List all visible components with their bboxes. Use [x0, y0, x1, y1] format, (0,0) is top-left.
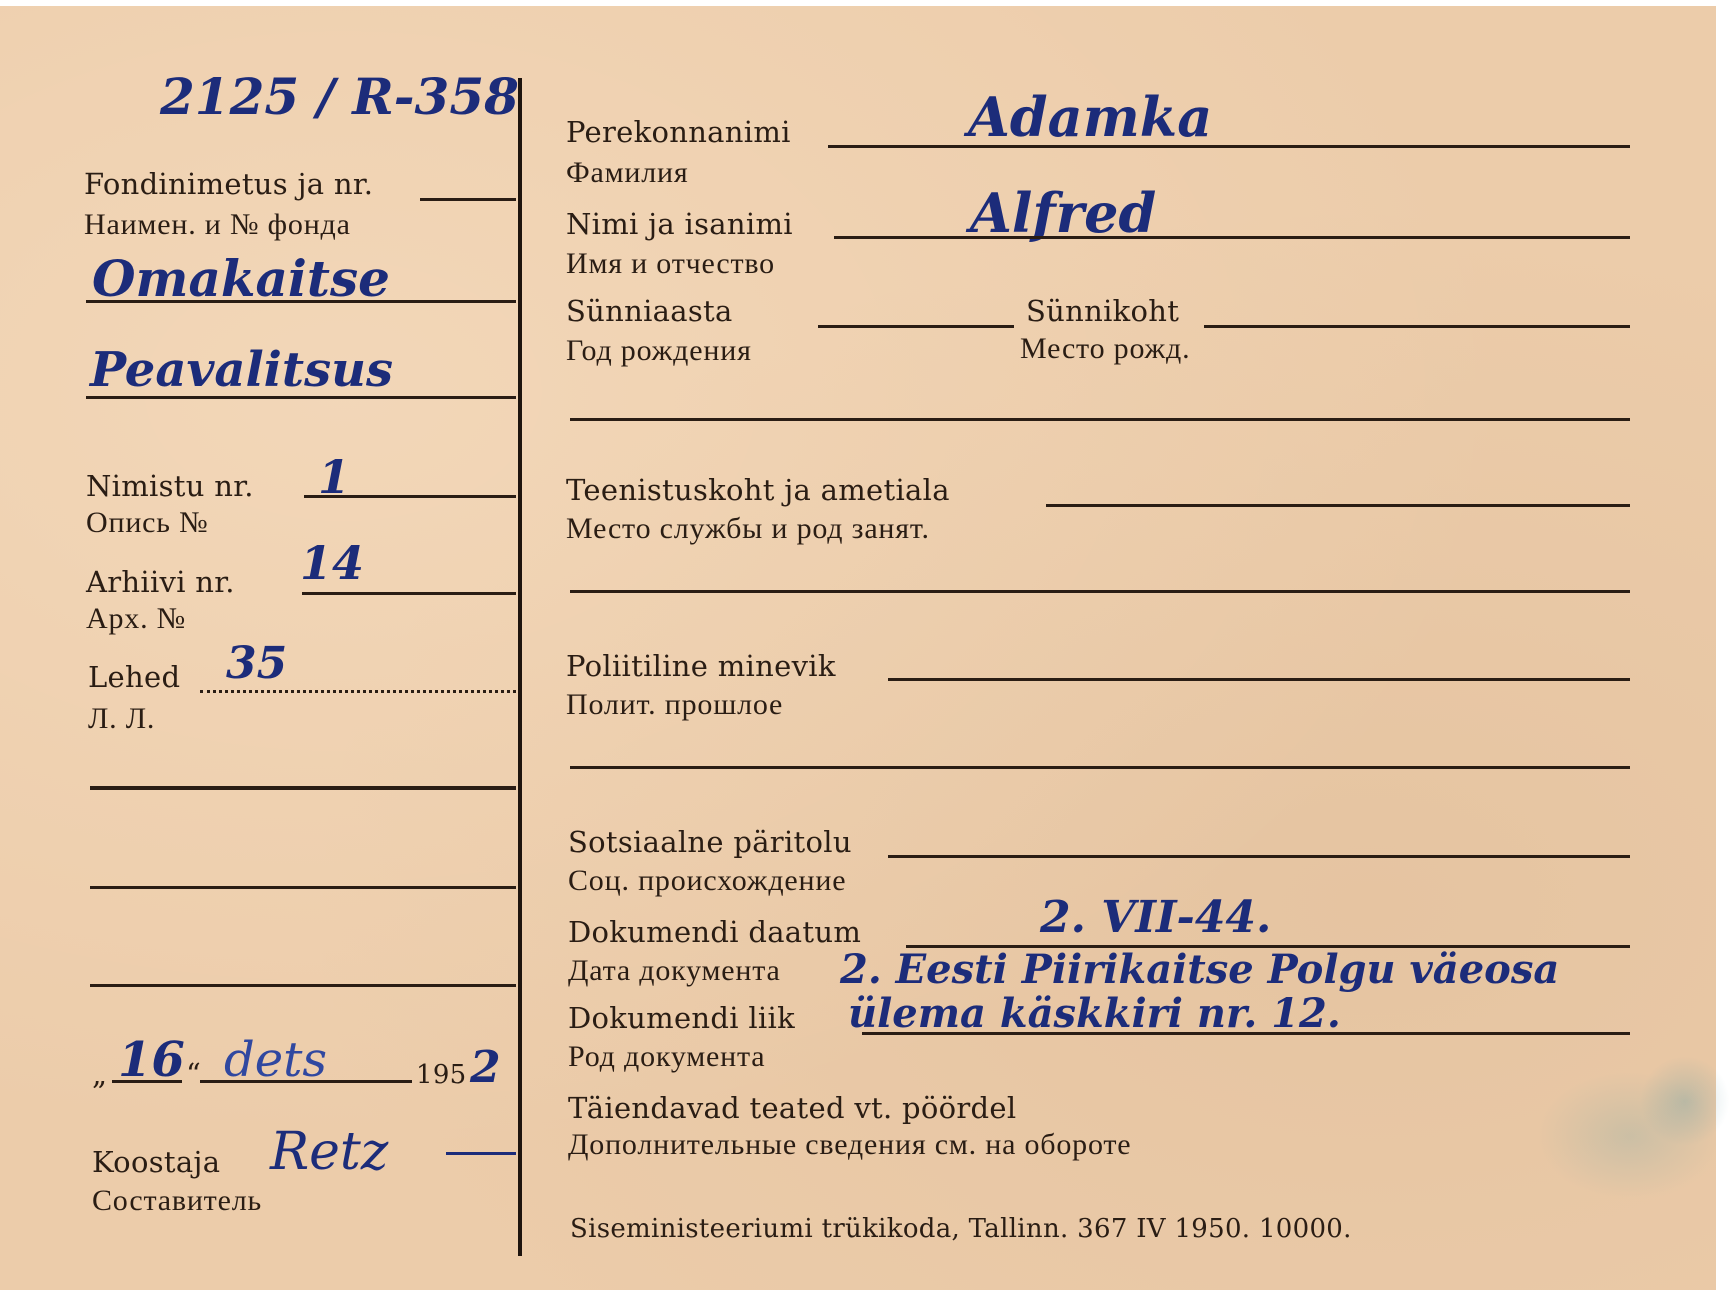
date-month-line: [200, 1080, 412, 1083]
birthyear-line: [818, 325, 1014, 328]
archive-label-et: Arhiivi nr.: [86, 568, 235, 597]
blank-line-3: [90, 984, 516, 987]
doctype-label-et: Dokumendi liik: [568, 1004, 795, 1033]
list-label-et: Nimistu nr.: [86, 472, 254, 501]
date-day: 16: [118, 1036, 185, 1084]
archive-line: [302, 592, 516, 595]
birthplace-line: [1204, 325, 1630, 328]
social-line: [888, 855, 1630, 858]
birthplace-label-ru: Место рожд.: [1020, 334, 1190, 364]
political-line: [888, 678, 1630, 681]
additional-label-et: Täiendavad teated vt. pöördel: [568, 1094, 1016, 1123]
political-label-ru: Полит. прошлое: [566, 690, 783, 720]
doctype-value: ülema käskkiri nr. 12.: [848, 994, 1341, 1034]
birthplace-label-et: Sünnikoht: [1026, 297, 1179, 326]
social-label-et: Sotsiaalne päritolu: [568, 828, 852, 857]
date-open-quote: „: [92, 1060, 107, 1089]
surname-label-ru: Фамилия: [566, 158, 688, 188]
list-label-ru: Опись №: [86, 508, 209, 538]
column-divider: [518, 78, 522, 1256]
surname-line: [828, 145, 1630, 148]
compiler-label-et: Koostaja: [92, 1148, 220, 1177]
date-close-quote: “: [186, 1060, 201, 1089]
list-line: [304, 495, 516, 498]
pages-line: [200, 690, 516, 693]
name-line: [834, 236, 1630, 239]
name-label-et: Nimi ja isanimi: [566, 210, 793, 239]
blank-line-2: [90, 886, 516, 889]
surname-value: Adamka: [968, 90, 1212, 144]
compiler-signature-dash: [446, 1152, 516, 1155]
birthyear-label-ru: Год рождения: [566, 336, 752, 366]
fond-value-1: Omakaitse: [92, 254, 390, 304]
birthyear-label-et: Sünniaasta: [566, 297, 733, 326]
doctype-line1-value: 2. Eesti Piirikaitse Polgu väeosa: [840, 950, 1559, 990]
blank-line-1: [90, 786, 516, 790]
archive-value: 14: [300, 540, 364, 586]
name-label-ru: Имя и отчество: [566, 249, 775, 279]
docdate-label-ru: Дата документа: [568, 956, 781, 986]
docdate-value: 2. VII-44.: [1040, 896, 1271, 940]
list-value: 1: [318, 454, 350, 500]
surname-label-et: Perekonnanimi: [566, 118, 791, 147]
doctype-line: [862, 1032, 1630, 1035]
printer-imprint: Siseministeeriumi trükikoda, Tallinn. 36…: [570, 1216, 1352, 1242]
service-label-et: Teenistuskoht ja ametiala: [566, 476, 950, 505]
social-label-ru: Соц. происхождение: [568, 866, 846, 896]
fond-label-et: Fondinimetus ja nr.: [84, 170, 373, 199]
pages-label-ru: Л. Л.: [88, 704, 155, 734]
service-label-ru: Место службы и род занят.: [566, 514, 930, 544]
compiler-label-ru: Составитель: [92, 1186, 262, 1216]
name-value: Alfred: [970, 186, 1156, 240]
fond-line: [420, 198, 516, 201]
political-extra-line: [570, 766, 1630, 769]
fond-value-2-line: [86, 396, 516, 399]
date-day-line: [112, 1080, 182, 1083]
service-line: [1046, 504, 1630, 507]
political-label-et: Poliitiline minevik: [566, 652, 836, 681]
archive-label-ru: Арх. №: [86, 604, 186, 634]
fond-label-ru: Наимен. и № фонда: [84, 210, 351, 240]
archive-code: 2125 / R-358: [160, 72, 519, 122]
date-month: dets: [224, 1036, 327, 1084]
archive-index-card: 2125 / R-358 Fondinimetus ja nr. Наимен.…: [0, 6, 1716, 1290]
pages-label-et: Lehed: [88, 663, 180, 692]
doctype-label-ru: Род документа: [568, 1042, 765, 1072]
ink-stain: [1640, 1056, 1730, 1146]
additional-label-ru: Дополнительные сведения см. на обороте: [568, 1130, 1131, 1160]
date-year-printed: 195: [416, 1062, 467, 1088]
fond-value-2: Peavalitsus: [90, 346, 393, 394]
birth-extra-line: [570, 418, 1630, 421]
service-extra-line: [570, 590, 1630, 593]
docdate-label-et: Dokumendi daatum: [568, 918, 861, 947]
fond-value-1-line: [86, 300, 516, 303]
pages-value: 35: [226, 642, 287, 686]
date-year-written: 2: [470, 1046, 501, 1090]
compiler-signature: Retz: [270, 1126, 388, 1178]
